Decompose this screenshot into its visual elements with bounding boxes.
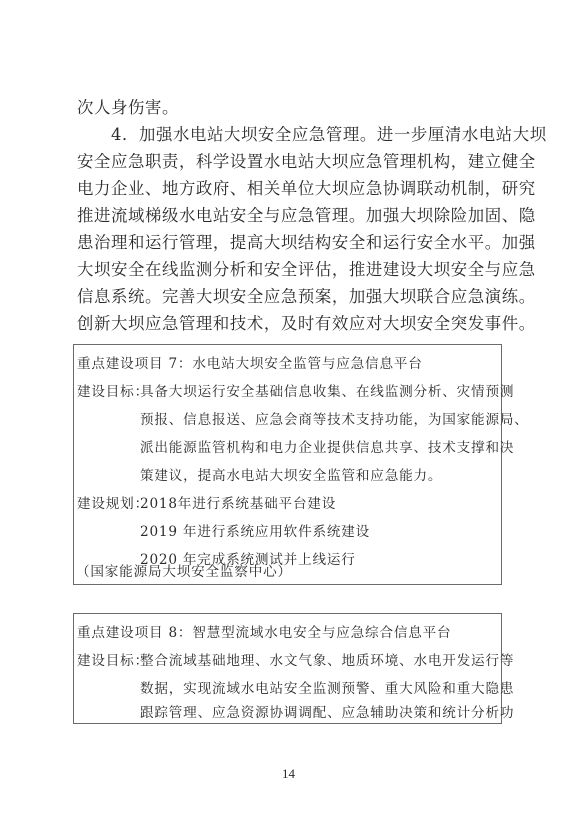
body-line: 信息系统。完善大坝安全应急预案，加强大坝联合应急演练。 <box>77 287 507 307</box>
body-line: 推进流域梯级水电站安全与应急管理。加强大坝除险加固、隐 <box>77 206 507 226</box>
project-8-goal-line: 整合流域基础地理、水文气象、地质环境、水电开发运行等 <box>140 652 514 670</box>
body-line: 大坝安全在线监测分析和安全评估，推进建设大坝安全与应急 <box>77 260 507 280</box>
body-line: 创新大坝应急管理和技术，及时有效应对大坝安全突发事件。 <box>77 314 507 334</box>
project-8-goal-line: 跟踪管理、应急资源协调调配、应急辅助决策和统计分析功 <box>140 704 514 722</box>
project-8-box: 重点建设项目 8：智慧型流域水电安全与应急综合信息平台 建设目标： 整合流域基础… <box>73 613 502 724</box>
project-7-goal-line: 具备大坝运行安全基础信息收集、在线监测分析、灾情预测 <box>140 383 514 401</box>
section-heading-line: 4．加强水电站大坝安全应急管理。进一步厘清水电站大坝 <box>77 125 507 145</box>
project-8-goal-line: 数据，实现流域水电站安全监测预警、重大风险和重大隐患 <box>140 680 514 698</box>
body-line: 电力企业、地方政府、相关单位大坝应急协调联动机制，研究 <box>77 179 507 199</box>
project-7-plan-label: 建设规划： <box>77 495 149 513</box>
project-7-plan-line: 2018年进行系统基础平台建设 <box>140 495 336 513</box>
project-8-title: 重点建设项目 8：智慧型流域水电安全与应急综合信息平台 <box>77 624 451 642</box>
project-7-plan-line: 2019 年进行系统应用软件系统建设 <box>140 523 370 541</box>
project-7-owner: （国家能源局大坝安全监察中心） <box>76 563 292 581</box>
project-8-goal-label: 建设目标： <box>77 652 149 670</box>
project-7-title: 重点建设项目 7：水电站大坝安全监管与应急信息平台 <box>77 355 423 373</box>
body-line: 患治理和运行管理，提高大坝结构安全和运行安全水平。加强 <box>77 233 507 253</box>
page-number: 14 <box>282 766 295 782</box>
body-line: 安全应急职责，科学设置水电站大坝应急管理机构，建立健全 <box>77 152 507 172</box>
project-7-box: 重点建设项目 7：水电站大坝安全监管与应急信息平台 建设目标： 具备大坝运行安全… <box>73 344 502 585</box>
document-page: 次人身伤害。 4．加强水电站大坝安全应急管理。进一步厘清水电站大坝 安全应急职责… <box>0 0 580 819</box>
project-7-goal-line: 派出能源监管机构和电力企业提供信息共享、技术支撑和决 <box>140 439 514 457</box>
project-7-goal-line: 策建议，提高水电站大坝安全监管和应急能力。 <box>140 467 442 485</box>
project-7-goal-line: 预报、信息报送、应急会商等技术支持功能，为国家能源局、 <box>140 411 529 429</box>
body-line: 次人身伤害。 <box>77 98 507 118</box>
project-7-goal-label: 建设目标： <box>77 383 149 401</box>
